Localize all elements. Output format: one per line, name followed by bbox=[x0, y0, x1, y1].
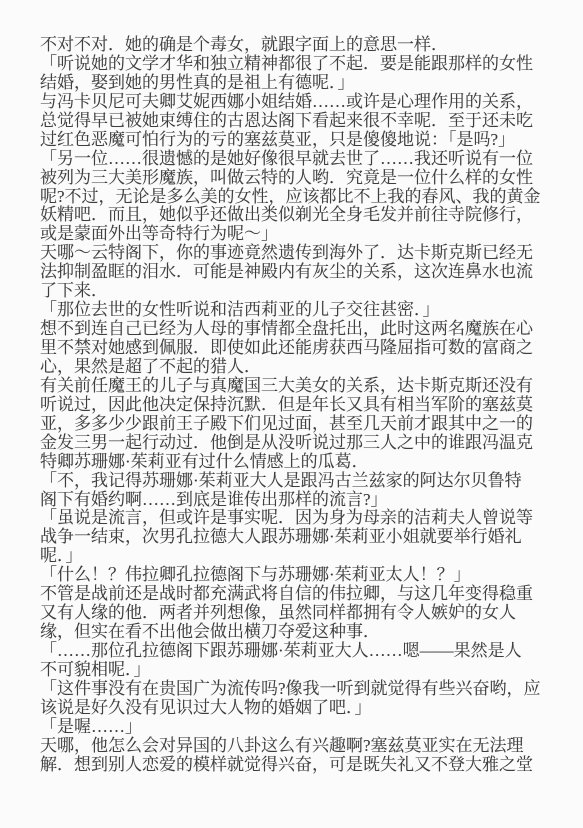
text-line: 呢．」 bbox=[40, 547, 547, 566]
text-line: 天哪～云特阁下，你的事迹竟然遗传到海外了．达卡斯克斯已经无 bbox=[40, 244, 547, 263]
text-line: 或是蒙面外出等奇特行为呢～」 bbox=[40, 225, 547, 244]
text-line: 「不，我记得苏珊娜·茱莉亚大人是跟冯古兰兹家的阿达尔贝鲁特 bbox=[40, 472, 547, 491]
text-line: 结婚，娶到她的男性真的是祖上有德呢．」 bbox=[40, 74, 547, 93]
text-line: 亚，多多少少跟前王子殿下们见过面，甚至几天前才跟其中之一的 bbox=[40, 415, 547, 434]
text-line: 心，果然是超了不起的猎人． bbox=[40, 358, 547, 377]
text-line: 「另一位……很遗憾的是她好像很早就去世了……我还听说有一位 bbox=[40, 150, 547, 169]
text-line: 过红色恶魔可怕行为的亏的塞兹莫亚，只是傻傻地说：「是吗?」 bbox=[40, 131, 547, 150]
text-line: 「……那位孔拉德阁下跟苏珊娜·茱莉亚大人……嗯——果然是人 bbox=[40, 642, 547, 661]
text-line: 「这件事没有在贵国广为流传吗?像我一听到就觉得有些兴奋哟，应 bbox=[40, 680, 547, 699]
text-line: 解．想到别人恋爱的模样就觉得兴奋，可是既失礼又不登大雅之堂 bbox=[40, 756, 547, 775]
text-line: 又有人缘的他．两者并列想像，虽然同样都拥有令人嫉妒的女人 bbox=[40, 604, 547, 623]
scanned-novel-page: 不对不对．她的确是个毒女，就跟字面上的意思一样． 「听说她的文学才华和独立精神都… bbox=[0, 0, 583, 828]
text-line: 不管是战前还是战时都充满武将自信的伟拉卿，与这几年变得稳重 bbox=[40, 585, 547, 604]
text-line: 呢?不过，无论是多么美的女性，应该都比不上我的春风、我的黄金 bbox=[40, 188, 547, 207]
text-line: 战争一结束，次男孔拉德大人跟苏珊娜·茱莉亚小姐就要举行婚礼 bbox=[40, 528, 547, 547]
text-line: 与冯卡贝尼可夫卿艾妮西娜小姐结婚……或许是心理作用的关系， bbox=[40, 93, 547, 112]
text-line: 有关前任魔王的儿子与真魔国三大美女的关系，达卡斯克斯还没有 bbox=[40, 377, 547, 396]
text-line: 不可貌相呢．」 bbox=[40, 661, 547, 680]
text-line: 缘，但实在看不出他会做出横刀夺爱这种事． bbox=[40, 623, 547, 642]
text-line: 法抑制盈眶的泪水．可能是神殿内有灰尘的关系，这次连鼻水也流 bbox=[40, 263, 547, 282]
text-line: 金发三男一起行动过．他倒是从没听说过那三人之中的谁跟冯温克 bbox=[40, 434, 547, 453]
text-line: 「什么！？伟拉卿孔拉德阁下与苏珊娜·茱莉亚太人！？」 bbox=[40, 566, 547, 585]
text-line: 该说是好久没有见识过大人物的婚姻了吧．」 bbox=[40, 699, 547, 718]
text-line: 天哪，他怎么会对异国的八卦这么有兴趣啊?塞兹莫亚实在无法理 bbox=[40, 737, 547, 756]
text-line: 被列为三大美形魔族，叫做云特的人哟．究竟是一位什么样的女性 bbox=[40, 169, 547, 188]
text-line: 「那位去世的女性听说和洁西莉亚的儿子交往甚密．」 bbox=[40, 301, 547, 320]
text-line: 了下来． bbox=[40, 282, 547, 301]
text-line: 总觉得早已被她束缚住的古恩达阁下看起来很不幸呢．至于还未吃 bbox=[40, 112, 547, 131]
text-line: 听说过，因此他决定保持沉默．但是年长又具有相当军阶的塞兹莫 bbox=[40, 396, 547, 415]
text-line: 「是喔……」 bbox=[40, 718, 547, 737]
text-line: 阁下有婚约啊……到底是谁传出那样的流言?」 bbox=[40, 491, 547, 510]
text-line: 不对不对．她的确是个毒女，就跟字面上的意思一样． bbox=[40, 36, 547, 55]
text-line: 「虽说是流言，但或许是事实呢．因为身为母亲的洁莉夫人曾说等 bbox=[40, 509, 547, 528]
text-line: 特卿苏珊娜·茱莉亚有过什么情感上的瓜葛． bbox=[40, 453, 547, 472]
text-line: 想不到连自己已经为人母的事情都全盘托出，此时这两名魔族在心 bbox=[40, 320, 547, 339]
text-line: 里不禁对她感到佩服．即使如此还能虏获西马隆屈指可数的富商之 bbox=[40, 339, 547, 358]
text-line: 妖精吧．而且，她似乎还做出类似剃光全身毛发并前往寺院修行， bbox=[40, 206, 547, 225]
text-line: 「听说她的文学才华和独立精神都很了不起．要是能跟那样的女性 bbox=[40, 55, 547, 74]
